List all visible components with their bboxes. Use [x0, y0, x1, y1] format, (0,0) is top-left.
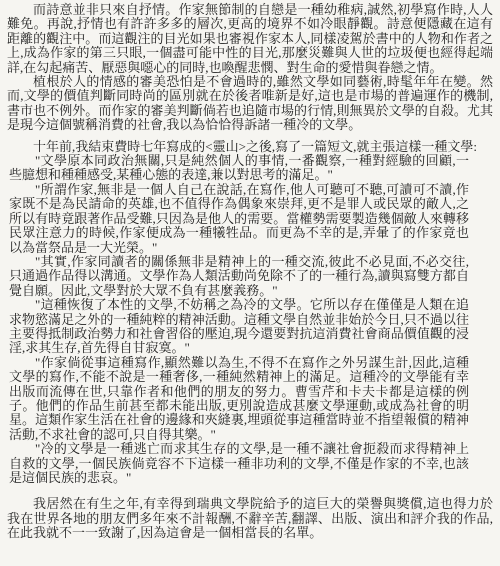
document-page: 而詩意並非只來自抒情。作家無節制的自戀是一種幼稚病,誠然,初學寫作時,人人難免。…: [0, 0, 500, 566]
quote-paragraph: "作家倘從事這種寫作,顯然難以為生,不得不在寫作之外另謀生計,因此,這種文學的寫…: [9, 356, 469, 442]
quote-paragraph: "所謂作家,無非是一個人自己在說話,在寫作,他人可聽可不聽,可讀可不讀,作家既不…: [9, 183, 469, 255]
quote-paragraph: "其實,作家同讀者的關係無非是精神上的一種交流,彼此不必見面,不必交往,只通過作…: [9, 255, 469, 298]
body-paragraph: 十年前,我結束費時七年寫成的<靈山>之後,寫了一篇短文,就主張這樣一種文學:: [7, 140, 493, 154]
quote-paragraph: "文學原本同政治無關,只是純然個人的事情,一番觀察,一種對經驗的回顧,一些臆想和…: [9, 154, 469, 183]
body-paragraph: 而詩意並非只來自抒情。作家無節制的自戀是一種幼稚病,誠然,初學寫作時,人人難免。…: [7, 3, 493, 75]
body-paragraph: 我居然在有生之年,有幸得到瑞典文學院給予的這巨大的榮譽與獎償,這也得力於我在世界…: [7, 497, 493, 540]
document-body: 而詩意並非只來自抒情。作家無節制的自戀是一種幼稚病,誠然,初學寫作時,人人難免。…: [7, 3, 493, 541]
quote-paragraph: "冷的文學是一種逃亡而求其生存的文學,是一種不讓社會扼殺而求得精神上自救的文學,…: [9, 442, 469, 485]
quote-paragraph: "這種恢復了本性的文學,不妨稱之為冷的文學。它所以存在僅僅是人類在追求物慾滿足之…: [9, 298, 469, 356]
body-paragraph: 植根於人的情感的審美恐怕是不會過時的,雖然文學如同藝術,時髦年年在變。然而,文學…: [7, 75, 493, 133]
